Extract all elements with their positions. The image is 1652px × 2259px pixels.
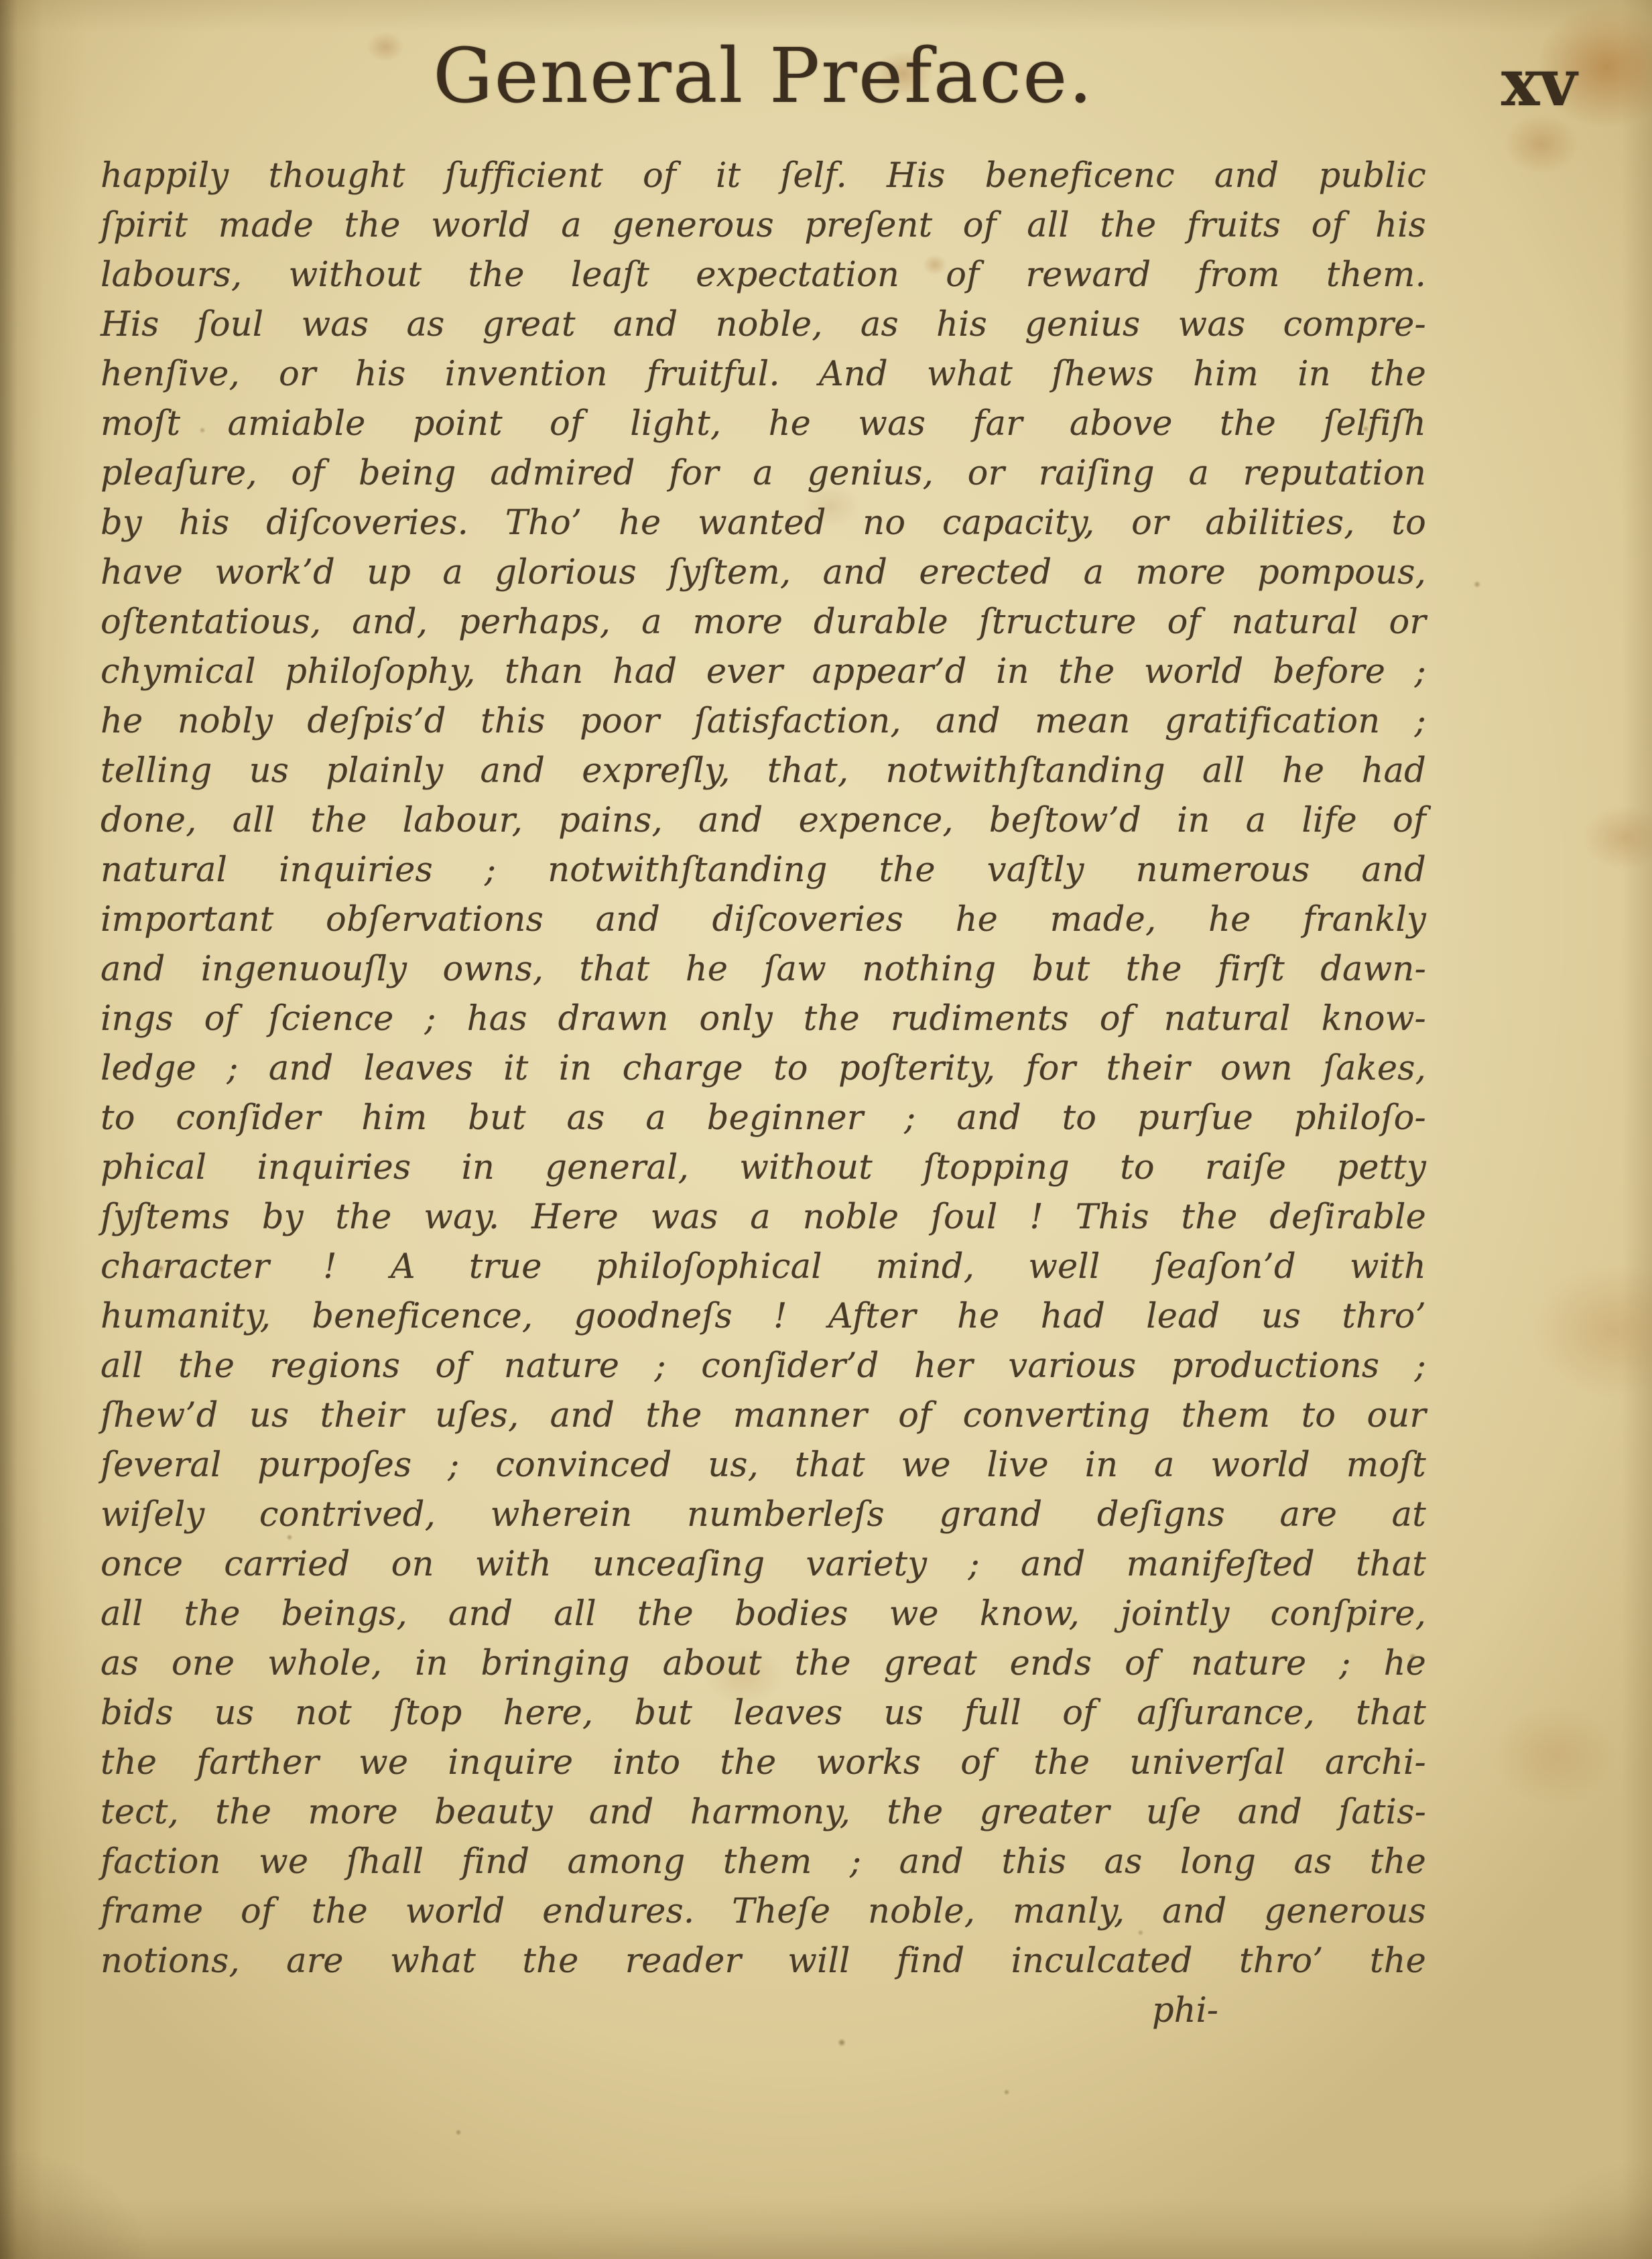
text-line: wiſely contrived, wherein numberleſs gra…: [101, 1490, 1426, 1540]
text-line: frame of the world endures. Theſe noble,…: [101, 1887, 1426, 1937]
text-line: telling us plainly and expreſly, that, n…: [101, 747, 1426, 796]
text-line: and ingenuouſly owns, that he ſaw nothin…: [101, 945, 1426, 994]
text-line: happily thought ſufficient of it ſelf. H…: [101, 151, 1426, 201]
body-text: happily thought ſufficient of it ſelf. H…: [101, 151, 1426, 1986]
text-line: all the regions of nature ; conſider’d h…: [101, 1342, 1426, 1391]
page-title: General Preface.: [101, 39, 1426, 114]
text-line: natural inquiries ; notwithſtanding the …: [101, 846, 1426, 895]
text-line: ings of ſcience ; has drawn only the rud…: [101, 994, 1426, 1044]
text-line: His ſoul was as great and noble, as his …: [101, 300, 1426, 350]
text-line: henſive, or his invention fruitful. And …: [101, 350, 1426, 399]
text-line: humanity, beneficence, goodneſs ! After …: [101, 1292, 1426, 1342]
text-line: moſt amiable point of light, he was far …: [101, 399, 1426, 449]
text-line: ledge ; and leaves it in charge to poſte…: [101, 1044, 1426, 1094]
catchword: phi-: [101, 1986, 1426, 2036]
text-line: important obſervations and diſcoveries h…: [101, 895, 1426, 945]
book-page: General Preface. xv happily thought ſuff…: [0, 0, 1652, 2259]
text-line: phical inquiries in general, without ſto…: [101, 1143, 1426, 1193]
text-line: done, all the labour, pains, and expence…: [101, 796, 1426, 846]
text-line: all the beings, and all the bodies we kn…: [101, 1590, 1426, 1639]
text-line: chymical philoſophy, than had ever appea…: [101, 647, 1426, 697]
text-line: faction we ſhall find among them ; and t…: [101, 1837, 1426, 1887]
text-line: pleaſure, of being admired for a genius,…: [101, 449, 1426, 499]
text-line: character ! A true philoſophical mind, w…: [101, 1242, 1426, 1292]
text-line: as one whole, in bringing about the grea…: [101, 1639, 1426, 1689]
text-line: bids us not ſtop here, but leaves us ful…: [101, 1689, 1426, 1738]
text-line: ſhew’d us their uſes, and the manner of …: [101, 1391, 1426, 1441]
text-line: oſtentatious, and, perhaps, a more durab…: [101, 598, 1426, 647]
text-line: tect, the more beauty and harmony, the g…: [101, 1788, 1426, 1837]
text-line: labours, without the leaſt expectation o…: [101, 251, 1426, 300]
text-line: the farther we inquire into the works of…: [101, 1738, 1426, 1788]
text-line: ſyſtems by the way. Here was a noble ſou…: [101, 1193, 1426, 1242]
text-line: ſpirit made the world a generous preſent…: [101, 201, 1426, 251]
text-line: once carried on with unceaſing variety ;…: [101, 1540, 1426, 1590]
text-line: by his diſcoveries. Tho’ he wanted no ca…: [101, 499, 1426, 548]
text-line: notions, are what the reader will find i…: [101, 1937, 1426, 1986]
text-line: ſeveral purpoſes ; convinced us, that we…: [101, 1441, 1426, 1490]
text-line: to conſider him but as a beginner ; and …: [101, 1094, 1426, 1143]
page-number: xv: [1501, 51, 1577, 115]
text-line: have work’d up a glorious ſyſtem, and er…: [101, 548, 1426, 598]
text-line: he nobly deſpis’d this poor ſatisfaction…: [101, 697, 1426, 747]
